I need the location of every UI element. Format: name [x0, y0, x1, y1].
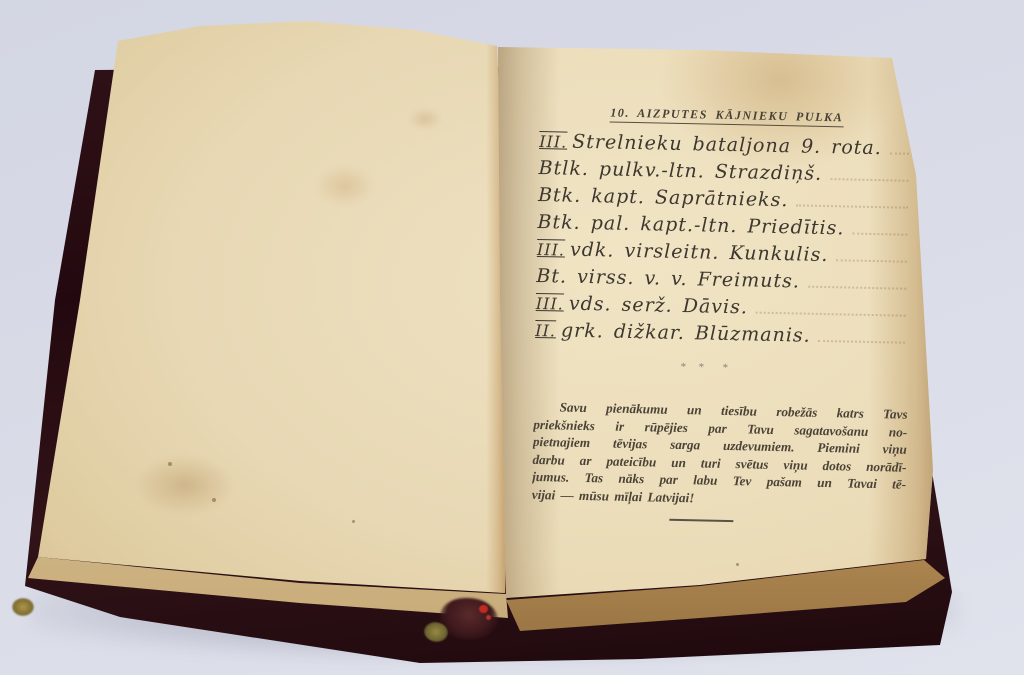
entry-text: Btk. kapt. Saprātnieks. [538, 184, 789, 211]
photo-background: 10. AIZPUTES KĀJNIEKU PULKA III. Strelni… [0, 0, 1024, 675]
entry-text: vds. serž. Dāvis. [569, 293, 748, 319]
entry-prefix: II. [535, 321, 556, 340]
dotted-leader [819, 340, 906, 344]
right-page-content: 10. AIZPUTES KĀJNIEKU PULKA III. Strelni… [531, 104, 914, 525]
page-speck [168, 462, 172, 466]
page-stain [408, 108, 442, 130]
spine-tassel [424, 622, 448, 642]
dotted-leader [852, 233, 907, 236]
page-speck [352, 520, 355, 523]
asterisk-glyph: * [680, 361, 686, 373]
dotted-leader [836, 259, 907, 262]
dotted-leader [796, 204, 908, 208]
asterisk-glyph: * [698, 361, 704, 373]
entry-text: grk. dižkar. Blūzmanis. [561, 319, 811, 346]
asterism-ornament: * * * [534, 358, 908, 392]
dotted-leader [890, 152, 909, 154]
entry-text: Strelnieku bataljona 9. rota. [572, 131, 882, 159]
page-speck [212, 498, 216, 502]
entry-text: Bt. virss. v. v. Freimuts. [536, 265, 800, 293]
entry-text: vdk. virsleitn. Kunkulis. [570, 239, 829, 266]
page-stain [315, 165, 375, 207]
dotted-leader [756, 312, 906, 317]
page-stain [135, 455, 235, 515]
spine-red-thread [486, 615, 491, 620]
printed-paragraph: Savu pienākumu un tiesību robežās katrs … [532, 398, 908, 511]
spine-red-thread [479, 605, 488, 613]
dotted-leader [808, 286, 906, 290]
page-header-text: 10. AIZPUTES KĀJNIEKU PULKA [610, 105, 843, 127]
entry-text: Btlk. pulkv.-ltn. Strazdiņš. [538, 157, 822, 185]
corner-tassel [12, 598, 34, 616]
entry-prefix: III. [539, 132, 567, 152]
entry-prefix: III. [537, 240, 565, 260]
asterisk-glyph: * [722, 362, 728, 374]
dotted-leader [830, 178, 908, 182]
entry-prefix: III. [536, 294, 564, 314]
handwritten-list: III. Strelnieku bataljona 9. rota. Btlk.… [535, 130, 913, 354]
